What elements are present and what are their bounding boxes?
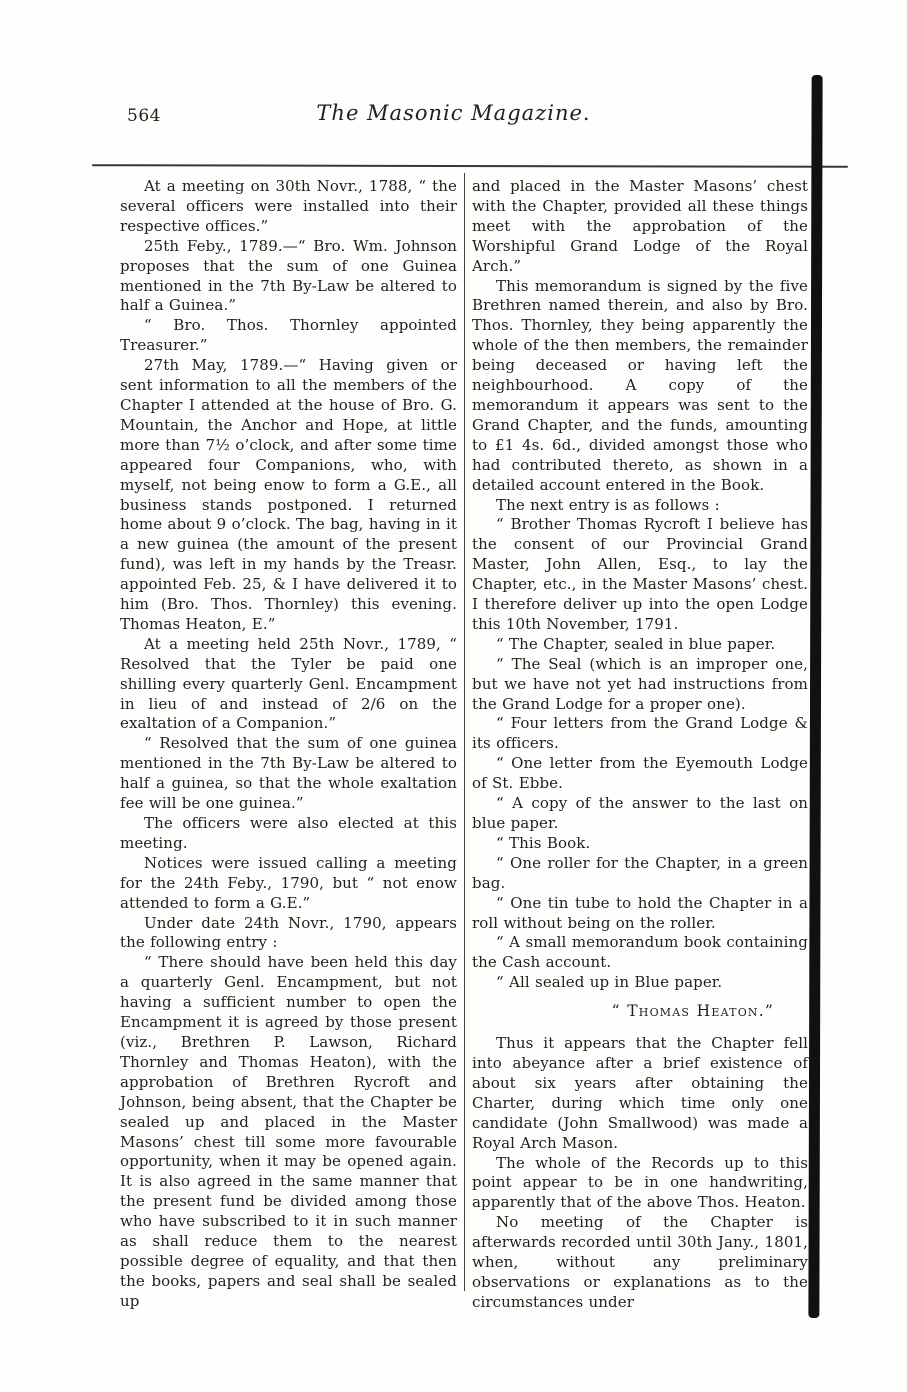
paragraph: and placed in the Master Masons’ chest w… <box>472 177 808 277</box>
paragraph: “ There should have been held this day a… <box>120 953 457 1311</box>
paragraph: “ Thomas Heaton.” <box>472 1002 774 1022</box>
scan-edge-artifact <box>808 75 822 1318</box>
paragraph: The whole of the Records up to this poin… <box>472 1154 808 1214</box>
column-gap <box>457 177 472 1313</box>
paragraph: 27th May, 1789.—“ Having given or sent i… <box>120 356 457 635</box>
paragraph: “ The Seal (which is an improper one, bu… <box>472 655 808 715</box>
column-divider <box>464 173 466 1291</box>
paragraph: “ Brother Thomas Rycroft I believe has t… <box>472 515 808 634</box>
paragraph: No meeting of the Chapter is afterwards … <box>472 1213 808 1313</box>
paragraph: This memorandum is signed by the five Br… <box>472 277 808 496</box>
paragraph: At a meeting on 30th Novr., 1788, “ the … <box>120 177 457 237</box>
paragraph: “ Four letters from the Grand Lodge & it… <box>472 714 808 754</box>
paragraph: “ One tin tube to hold the Chapter in a … <box>472 894 808 934</box>
left-column: At a meeting on 30th Novr., 1788, “ the … <box>120 177 457 1313</box>
paragraph: “ The Chapter, sealed in blue paper. <box>472 635 808 655</box>
paragraph: Notices were issued calling a meeting fo… <box>120 854 457 914</box>
paragraph: “ One roller for the Chapter, in a green… <box>472 854 808 894</box>
paragraph: “ A small memorandum book containing the… <box>472 933 808 973</box>
magazine-page: 564 The Masonic Magazine. At a meeting o… <box>0 0 907 1392</box>
paragraph: At a meeting held 25th Novr., 1789, “ Re… <box>120 635 457 735</box>
paragraph: “ A copy of the answer to the last on bl… <box>472 794 808 834</box>
paragraph: “ Resolved that the sum of one guinea me… <box>120 734 457 814</box>
paragraph: Under date 24th Novr., 1790, appears the… <box>120 914 457 954</box>
paragraph: “ All sealed up in Blue paper. <box>472 973 808 993</box>
paragraph: The next entry is as follows : <box>472 496 808 516</box>
page-title: The Masonic Magazine. <box>0 101 907 125</box>
text-columns: At a meeting on 30th Novr., 1788, “ the … <box>120 177 808 1313</box>
right-column: and placed in the Master Masons’ chest w… <box>472 177 808 1313</box>
paragraph: The officers were also elected at this m… <box>120 814 457 854</box>
paragraph: “ Bro. Thos. Thornley appointed Treasure… <box>120 316 457 356</box>
header-rule <box>92 164 848 168</box>
paragraph: “ One letter from the Eyemouth Lodge of … <box>472 754 808 794</box>
paragraph: 25th Feby., 1789.—“ Bro. Wm. Johnson pro… <box>120 237 457 317</box>
paragraph: “ This Book. <box>472 834 808 854</box>
paragraph: Thus it appears that the Chapter fell in… <box>472 1034 808 1153</box>
